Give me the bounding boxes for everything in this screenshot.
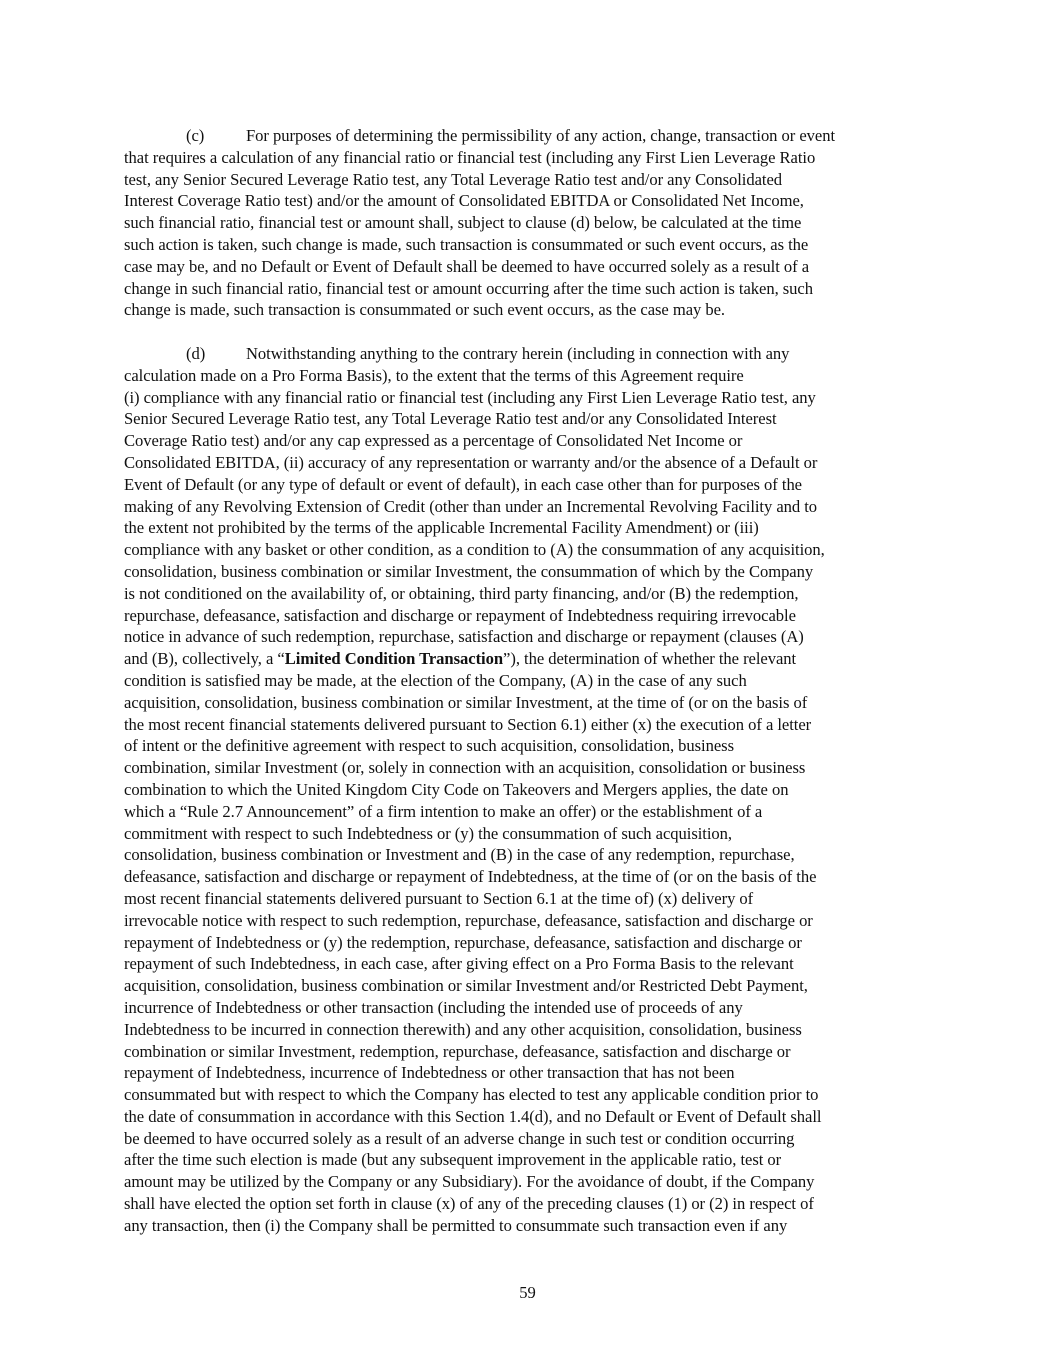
text-line: combination, similar Investment (or, sol…: [124, 757, 934, 779]
text-line: test, any Senior Secured Leverage Ratio …: [124, 169, 934, 191]
text-line: be deemed to have occurred solely as a r…: [124, 1128, 934, 1150]
text-line: Coverage Ratio test) and/or any cap expr…: [124, 430, 934, 452]
text-line: condition is satisfied may be made, at t…: [124, 670, 934, 692]
text-line: case may be, and no Default or Event of …: [124, 256, 934, 278]
text-line: is not conditioned on the availability o…: [124, 583, 934, 605]
defined-term: Limited Condition Transaction: [285, 649, 503, 668]
text-line: amount may be utilized by the Company or…: [124, 1171, 934, 1193]
text-line: repurchase, defeasance, satisfaction and…: [124, 605, 934, 627]
text-line: making of any Revolving Extension of Cre…: [124, 496, 934, 518]
text-line: consolidation, business combination or I…: [124, 844, 934, 866]
text-line: Event of Default (or any type of default…: [124, 474, 934, 496]
text-line: change is made, such transaction is cons…: [124, 299, 934, 321]
text-line: Senior Secured Leverage Ratio test, any …: [124, 408, 934, 430]
text-line: Indebtedness to be incurred in connectio…: [124, 1019, 934, 1041]
text-line: which a “Rule 2.7 Announcement” of a fir…: [124, 801, 934, 823]
text-line: consummated but with respect to which th…: [124, 1084, 934, 1106]
text-line: shall have elected the option set forth …: [124, 1193, 934, 1215]
text-line: such financial ratio, financial test or …: [124, 212, 934, 234]
text-line: any transaction, then (i) the Company sh…: [124, 1215, 934, 1237]
text-line: acquisition, consolidation, business com…: [124, 975, 934, 997]
text-line: repayment of such Indebtedness, in each …: [124, 953, 934, 975]
text-line: (d)Notwithstanding anything to the contr…: [124, 343, 934, 365]
paragraph-c: (c)For purposes of determining the permi…: [124, 125, 934, 321]
text-line: defeasance, satisfaction and discharge o…: [124, 866, 934, 888]
text-line: combination or similar Investment, redem…: [124, 1041, 934, 1063]
paragraph-d: (d)Notwithstanding anything to the contr…: [124, 343, 934, 1237]
text-line: Interest Coverage Ratio test) and/or the…: [124, 190, 934, 212]
text-line: that requires a calculation of any finan…: [124, 147, 934, 169]
text-line: the most recent financial statements del…: [124, 714, 934, 736]
text-line: of intent or the definitive agreement wi…: [124, 735, 934, 757]
document-page: (c)For purposes of determining the permi…: [0, 0, 1055, 1365]
clause-label: (d): [186, 343, 246, 365]
page-number: 59: [0, 1282, 1055, 1304]
text-line: calculation made on a Pro Forma Basis), …: [124, 365, 934, 387]
text-line: (i) compliance with any financial ratio …: [124, 387, 934, 409]
text-line: repayment of Indebtedness, incurrence of…: [124, 1062, 934, 1084]
text-line: Consolidated EBITDA, (ii) accuracy of an…: [124, 452, 934, 474]
text-line: acquisition, consolidation, business com…: [124, 692, 934, 714]
text-line: most recent financial statements deliver…: [124, 888, 934, 910]
clause-label: (c): [186, 125, 246, 147]
text-line: irrevocable notice with respect to such …: [124, 910, 934, 932]
text-line: change in such financial ratio, financia…: [124, 278, 934, 300]
text-line-defined-term: and (B), collectively, a “Limited Condit…: [124, 648, 934, 670]
text-line: notice in advance of such redemption, re…: [124, 626, 934, 648]
text-line: the extent not prohibited by the terms o…: [124, 517, 934, 539]
text-line: commitment with respect to such Indebted…: [124, 823, 934, 845]
text-line: combination to which the United Kingdom …: [124, 779, 934, 801]
text-line: consolidation, business combination or s…: [124, 561, 934, 583]
text-line: compliance with any basket or other cond…: [124, 539, 934, 561]
text-line: such action is taken, such change is mad…: [124, 234, 934, 256]
text-line: repayment of Indebtedness or (y) the red…: [124, 932, 934, 954]
text-line: the date of consummation in accordance w…: [124, 1106, 934, 1128]
text-line: (c)For purposes of determining the permi…: [124, 125, 934, 147]
text-line: incurrence of Indebtedness or other tran…: [124, 997, 934, 1019]
text-line: after the time such election is made (bu…: [124, 1149, 934, 1171]
